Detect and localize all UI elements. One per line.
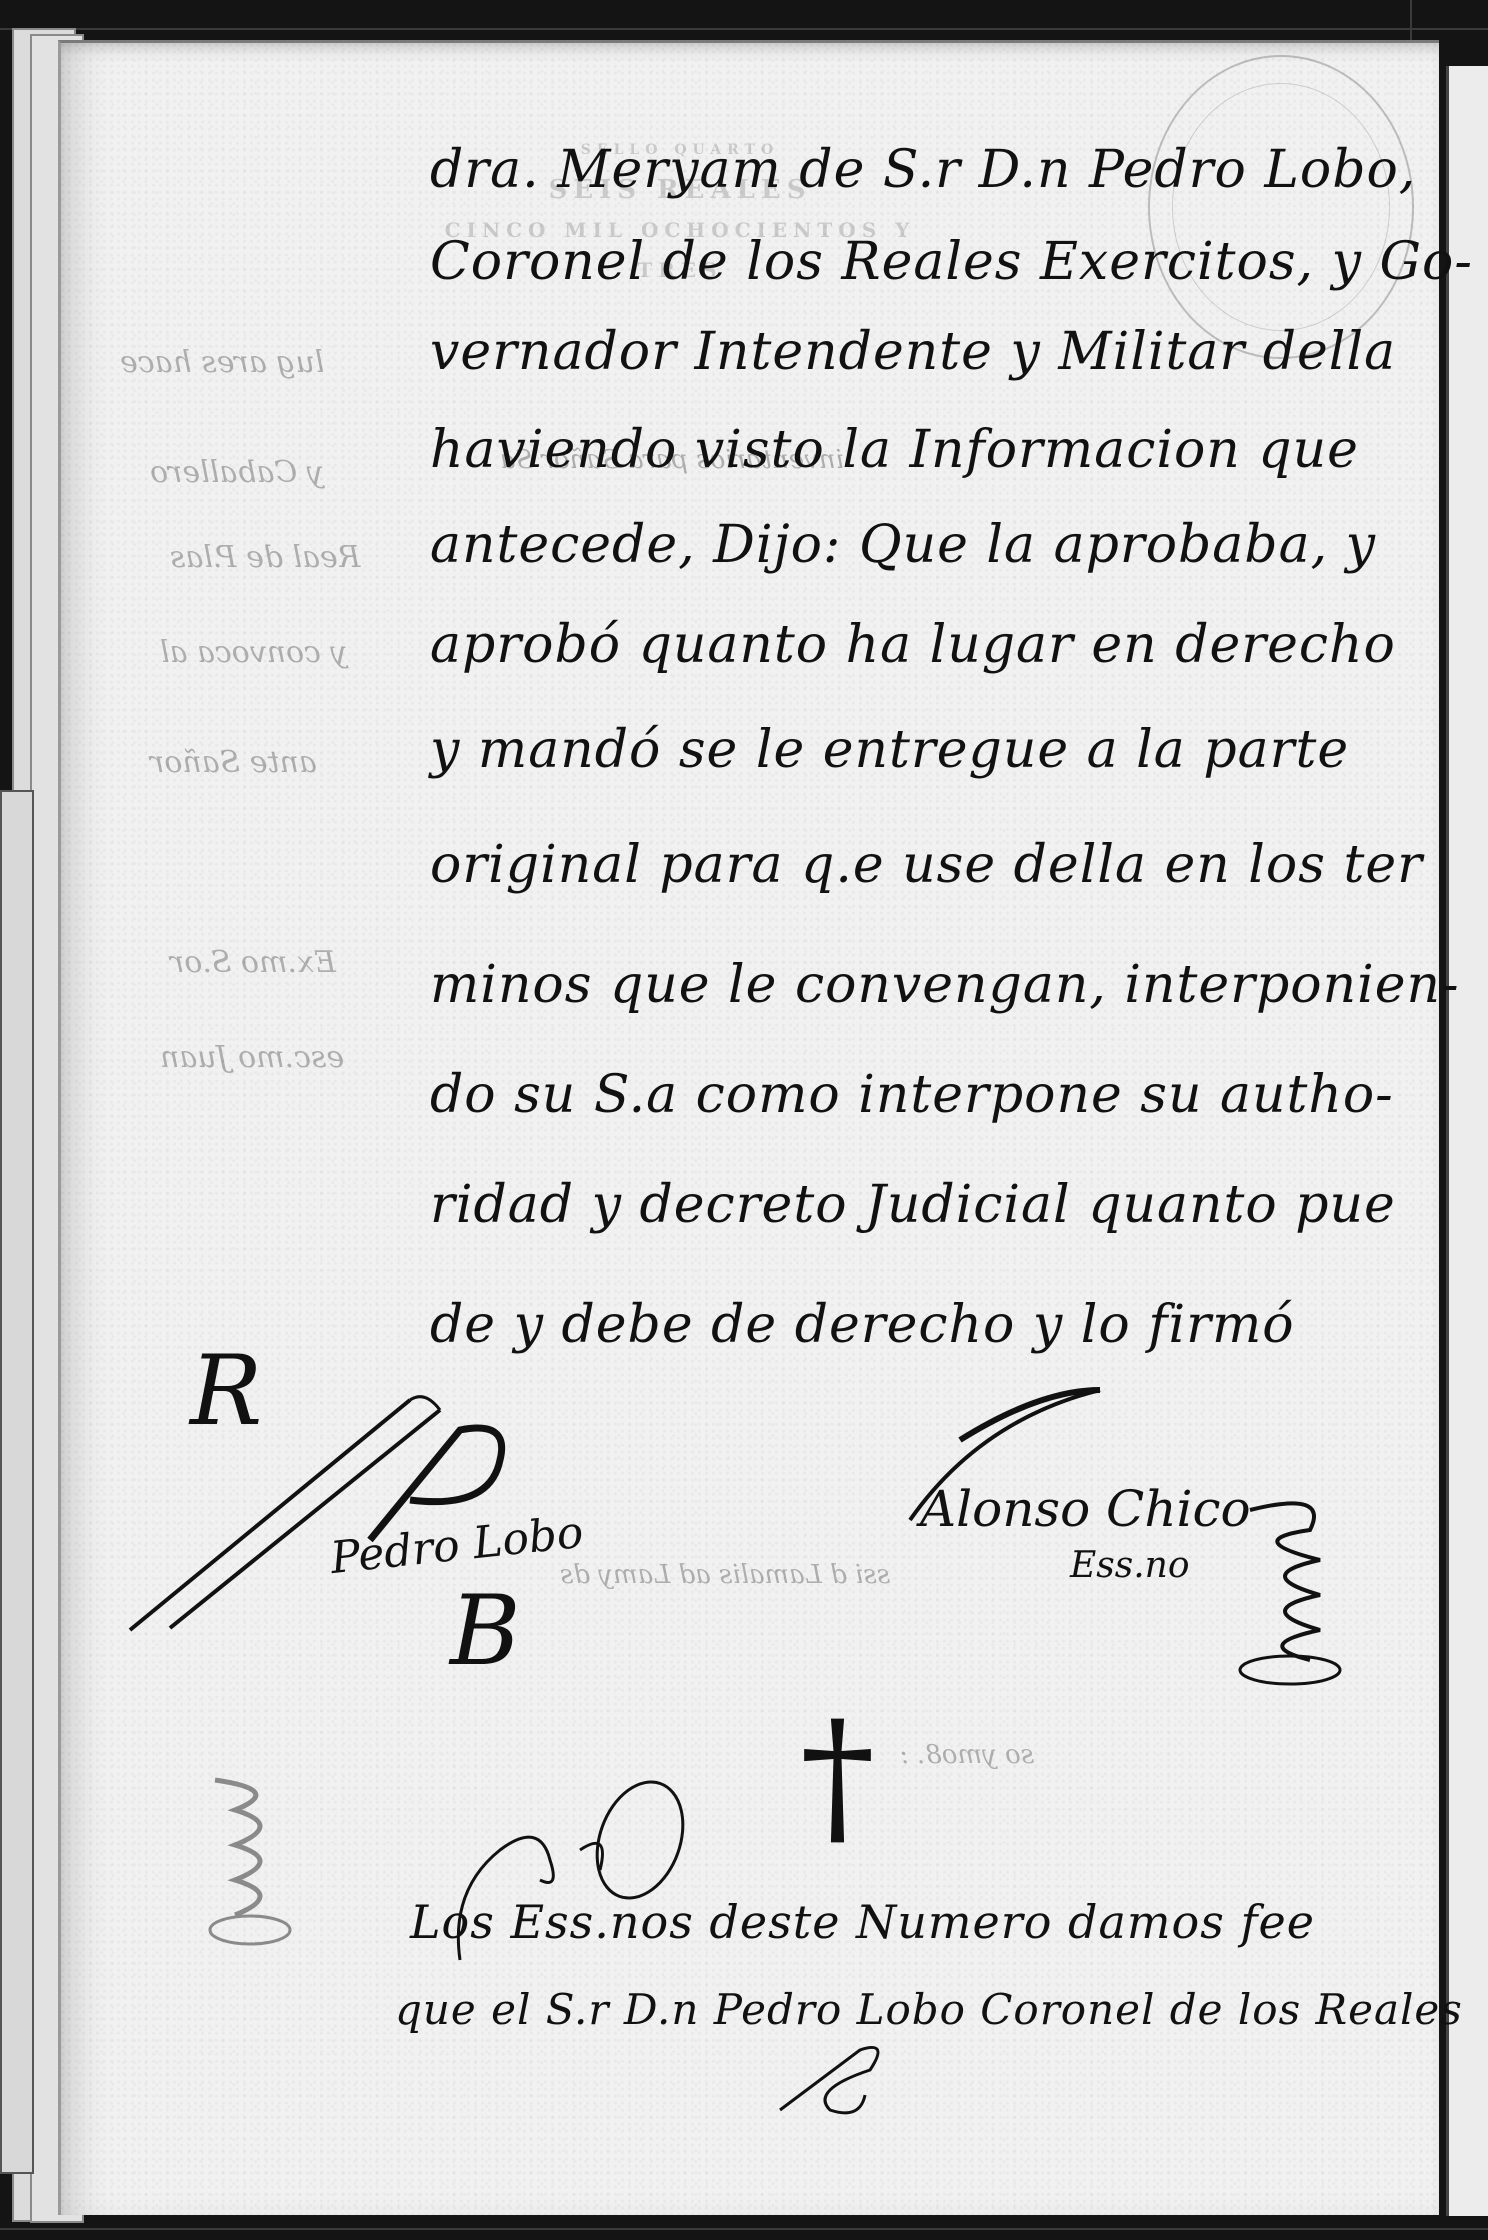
bleed-through-text: esc.mo Juan — [160, 1040, 344, 1075]
bleed-through-text: Ex.mo S.or — [170, 945, 336, 980]
bleed-through-text: y Caballero — [150, 455, 324, 490]
signature-alonso-chico: Alonso Chico — [920, 1480, 1251, 1538]
body-line-7: y mandó se le entregue a la parte — [430, 720, 1349, 780]
body-line-6: aprobó quanto ha lugar en derecho — [430, 615, 1396, 675]
adjacent-page-edge — [1446, 66, 1488, 2216]
body-line-12: de y debe de derecho y lo firmó — [430, 1295, 1295, 1355]
bleed-through-text: Real de P.las — [170, 540, 360, 575]
bleed-through-text: lug ares hace — [120, 345, 324, 380]
circular-seal-stamp — [1148, 55, 1414, 359]
background-grid-line — [0, 2228, 1488, 2230]
body-line-5: antecede, Dijo: Que la aprobaba, y — [430, 515, 1376, 575]
body-line-3: vernador Intendente y Militar della — [430, 322, 1396, 382]
bleed-through-text: so ymo8. : — [900, 1740, 1034, 1770]
body-line-4: haviendo visto la Informacion que — [430, 420, 1359, 480]
notary-rubric-coil-icon — [1230, 1490, 1350, 1690]
bottom-rubric-icon — [770, 2030, 900, 2120]
signature-rubric-b: B — [450, 1575, 521, 1687]
bleed-through-text: y convoca al — [160, 635, 347, 670]
bleed-through-text: ssi d Lamalis ad Lamy ds — [560, 1560, 890, 1590]
page-edge-layer — [0, 790, 34, 2174]
body-line-2: Coronel de los Reales Exercitos, y Go- — [430, 232, 1473, 292]
background-grid-line — [0, 28, 1488, 30]
attestation-line-2: que el S.r D.n Pedro Lobo Coronel de los… — [395, 1985, 1463, 2034]
body-line-9: minos que le convengan, interponien- — [430, 955, 1460, 1015]
body-line-10: do su S.a como interpone su autho- — [430, 1065, 1394, 1125]
signature-escribano-title: Ess.no — [1070, 1545, 1190, 1586]
bleed-through-text: ante Sañor — [150, 745, 317, 780]
body-line-11: ridad y decreto Judicial quanto pue — [430, 1175, 1396, 1235]
attestation-line-1: Los Ess.nos deste Numero damos fee — [410, 1895, 1315, 1949]
seal-inner-ring — [1172, 83, 1390, 331]
body-line-8: original para q.e use della en los ter — [430, 835, 1423, 895]
body-line-1: dra. Meryam de S.r D.n Pedro Lobo, — [430, 140, 1416, 200]
cross-symbol: † — [800, 1690, 875, 1864]
bleed-rubric-coil-icon — [195, 1770, 295, 1950]
